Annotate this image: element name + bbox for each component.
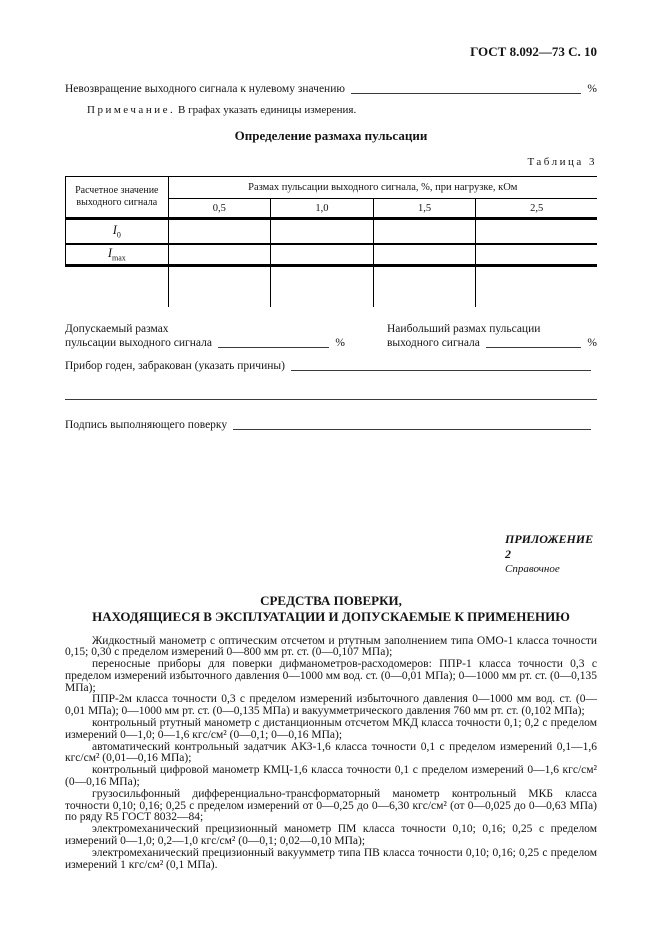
max-pulsation-label-1: Наибольший размах пульсации <box>387 323 597 335</box>
appendix-title-line-2: НАХОДЯЩИЕСЯ В ЭКСПЛУАТАЦИИ И ДОПУСКАЕМЫЕ… <box>65 609 597 625</box>
load-col-header: 0,5 <box>168 199 271 219</box>
row-label-imax: Imax <box>66 244 169 265</box>
max-pulsation-blank-field <box>486 347 582 348</box>
table-header-row-1: Расчетное значение выходного сигнала Раз… <box>66 177 598 199</box>
empty-cell <box>373 219 476 245</box>
non-return-unit: % <box>587 83 597 96</box>
appendix-paragraph: грузосильфонный дифференциально-трансфор… <box>65 789 597 824</box>
empty-cell <box>476 265 597 307</box>
load-col-header: 2,5 <box>476 199 597 219</box>
non-return-line: Невозвращение выходного сигнала к нулево… <box>65 83 597 96</box>
non-return-blank-field <box>351 93 581 94</box>
empty-cell <box>168 265 271 307</box>
empty-cell <box>476 244 597 265</box>
appendix-paragraph: контрольный цифровой манометр КМЦ-1,6 кл… <box>65 765 597 789</box>
max-pulsation-label-2: выходного сигнала <box>387 337 480 350</box>
allowed-pulsation-field: Допускаемый размах пульсации выходного с… <box>65 323 345 350</box>
appendix-paragraph: переносные приборы для поверки дифманоме… <box>65 659 597 694</box>
allowed-pulsation-blank-field <box>218 347 329 348</box>
verdict-continuation-blank-field <box>65 399 597 400</box>
verdict-blank-field <box>291 370 591 371</box>
empty-cell <box>373 244 476 265</box>
empty-cell <box>271 244 374 265</box>
table-col1-header: Расчетное значение выходного сигнала <box>66 177 169 219</box>
signature-label: Подпись выполняющего поверку <box>65 419 227 432</box>
appendix-title: СРЕДСТВА ПОВЕРКИ, НАХОДЯЩИЕСЯ В ЭКСПЛУАТ… <box>65 593 597 625</box>
empty-cell <box>66 265 169 307</box>
appendix-mark: ПРИЛОЖЕНИЕ 2 Справочное <box>505 532 597 577</box>
appendix-paragraph: контрольный ртутный манометр с дистанцио… <box>65 718 597 742</box>
appendix-title-line-1: СРЕДСТВА ПОВЕРКИ, <box>65 593 597 609</box>
table-caption: Таблица 3 <box>65 156 597 168</box>
signature-line: Подпись выполняющего поверку <box>65 419 597 432</box>
section-title: Определение размаха пульсации <box>65 128 597 144</box>
results-section: Допускаемый размах пульсации выходного с… <box>65 323 597 350</box>
table-open-row <box>66 265 598 307</box>
allowed-pulsation-label-2: пульсации выходного сигнала <box>65 337 212 350</box>
empty-cell <box>168 219 271 245</box>
empty-cell <box>271 219 374 245</box>
pulsation-table: Расчетное значение выходного сигнала Раз… <box>65 176 597 307</box>
appendix-label: ПРИЛОЖЕНИЕ 2 <box>505 532 597 562</box>
non-return-label: Невозвращение выходного сигнала к нулево… <box>65 83 345 96</box>
table-span-header: Размах пульсации выходного сигнала, %, п… <box>168 177 597 199</box>
note-label: Примечание. <box>87 104 175 116</box>
empty-cell <box>476 219 597 245</box>
verdict-line: Прибор годен, забракован (указать причин… <box>65 360 597 373</box>
verdict-label: Прибор годен, забракован (указать причин… <box>65 360 285 373</box>
appendix-paragraph: электромеханический прецизионный маномет… <box>65 824 597 848</box>
empty-cell <box>373 265 476 307</box>
appendix-paragraph: автоматический контрольный задатчик АКЗ-… <box>65 742 597 766</box>
load-col-header: 1,5 <box>373 199 476 219</box>
table-row-imax: Imax <box>66 244 598 265</box>
appendix-paragraph: ППР-2м класса точности 0,3 с пределом из… <box>65 694 597 718</box>
table-row-i0: I0 <box>66 219 598 245</box>
note-line: Примечание. В графах указать единицы изм… <box>87 104 597 116</box>
load-col-header: 1,0 <box>271 199 374 219</box>
empty-cell <box>168 244 271 265</box>
appendix-type: Справочное <box>505 562 597 577</box>
max-pulsation-field: Наибольший размах пульсации выходного си… <box>387 323 597 350</box>
note-text: В графах указать единицы измерения. <box>178 104 356 116</box>
allowed-pulsation-unit: % <box>335 337 345 350</box>
allowed-pulsation-label-1: Допускаемый размах <box>65 323 345 335</box>
document-page: ГОСТ 8.092—73 С. 10 Невозвращение выходн… <box>0 0 661 936</box>
page-header-ref: ГОСТ 8.092—73 С. 10 <box>65 44 597 60</box>
signature-blank-field <box>233 429 591 430</box>
max-pulsation-unit: % <box>587 337 597 350</box>
appendix-body: Жидкостный манометр с оптическим отсчето… <box>65 636 597 872</box>
empty-cell <box>271 265 374 307</box>
appendix-paragraph: Жидкостный манометр с оптическим отсчето… <box>65 636 597 660</box>
row-label-i0: I0 <box>66 219 169 245</box>
appendix-paragraph: электромеханический прецизионный вакуумм… <box>65 848 597 872</box>
